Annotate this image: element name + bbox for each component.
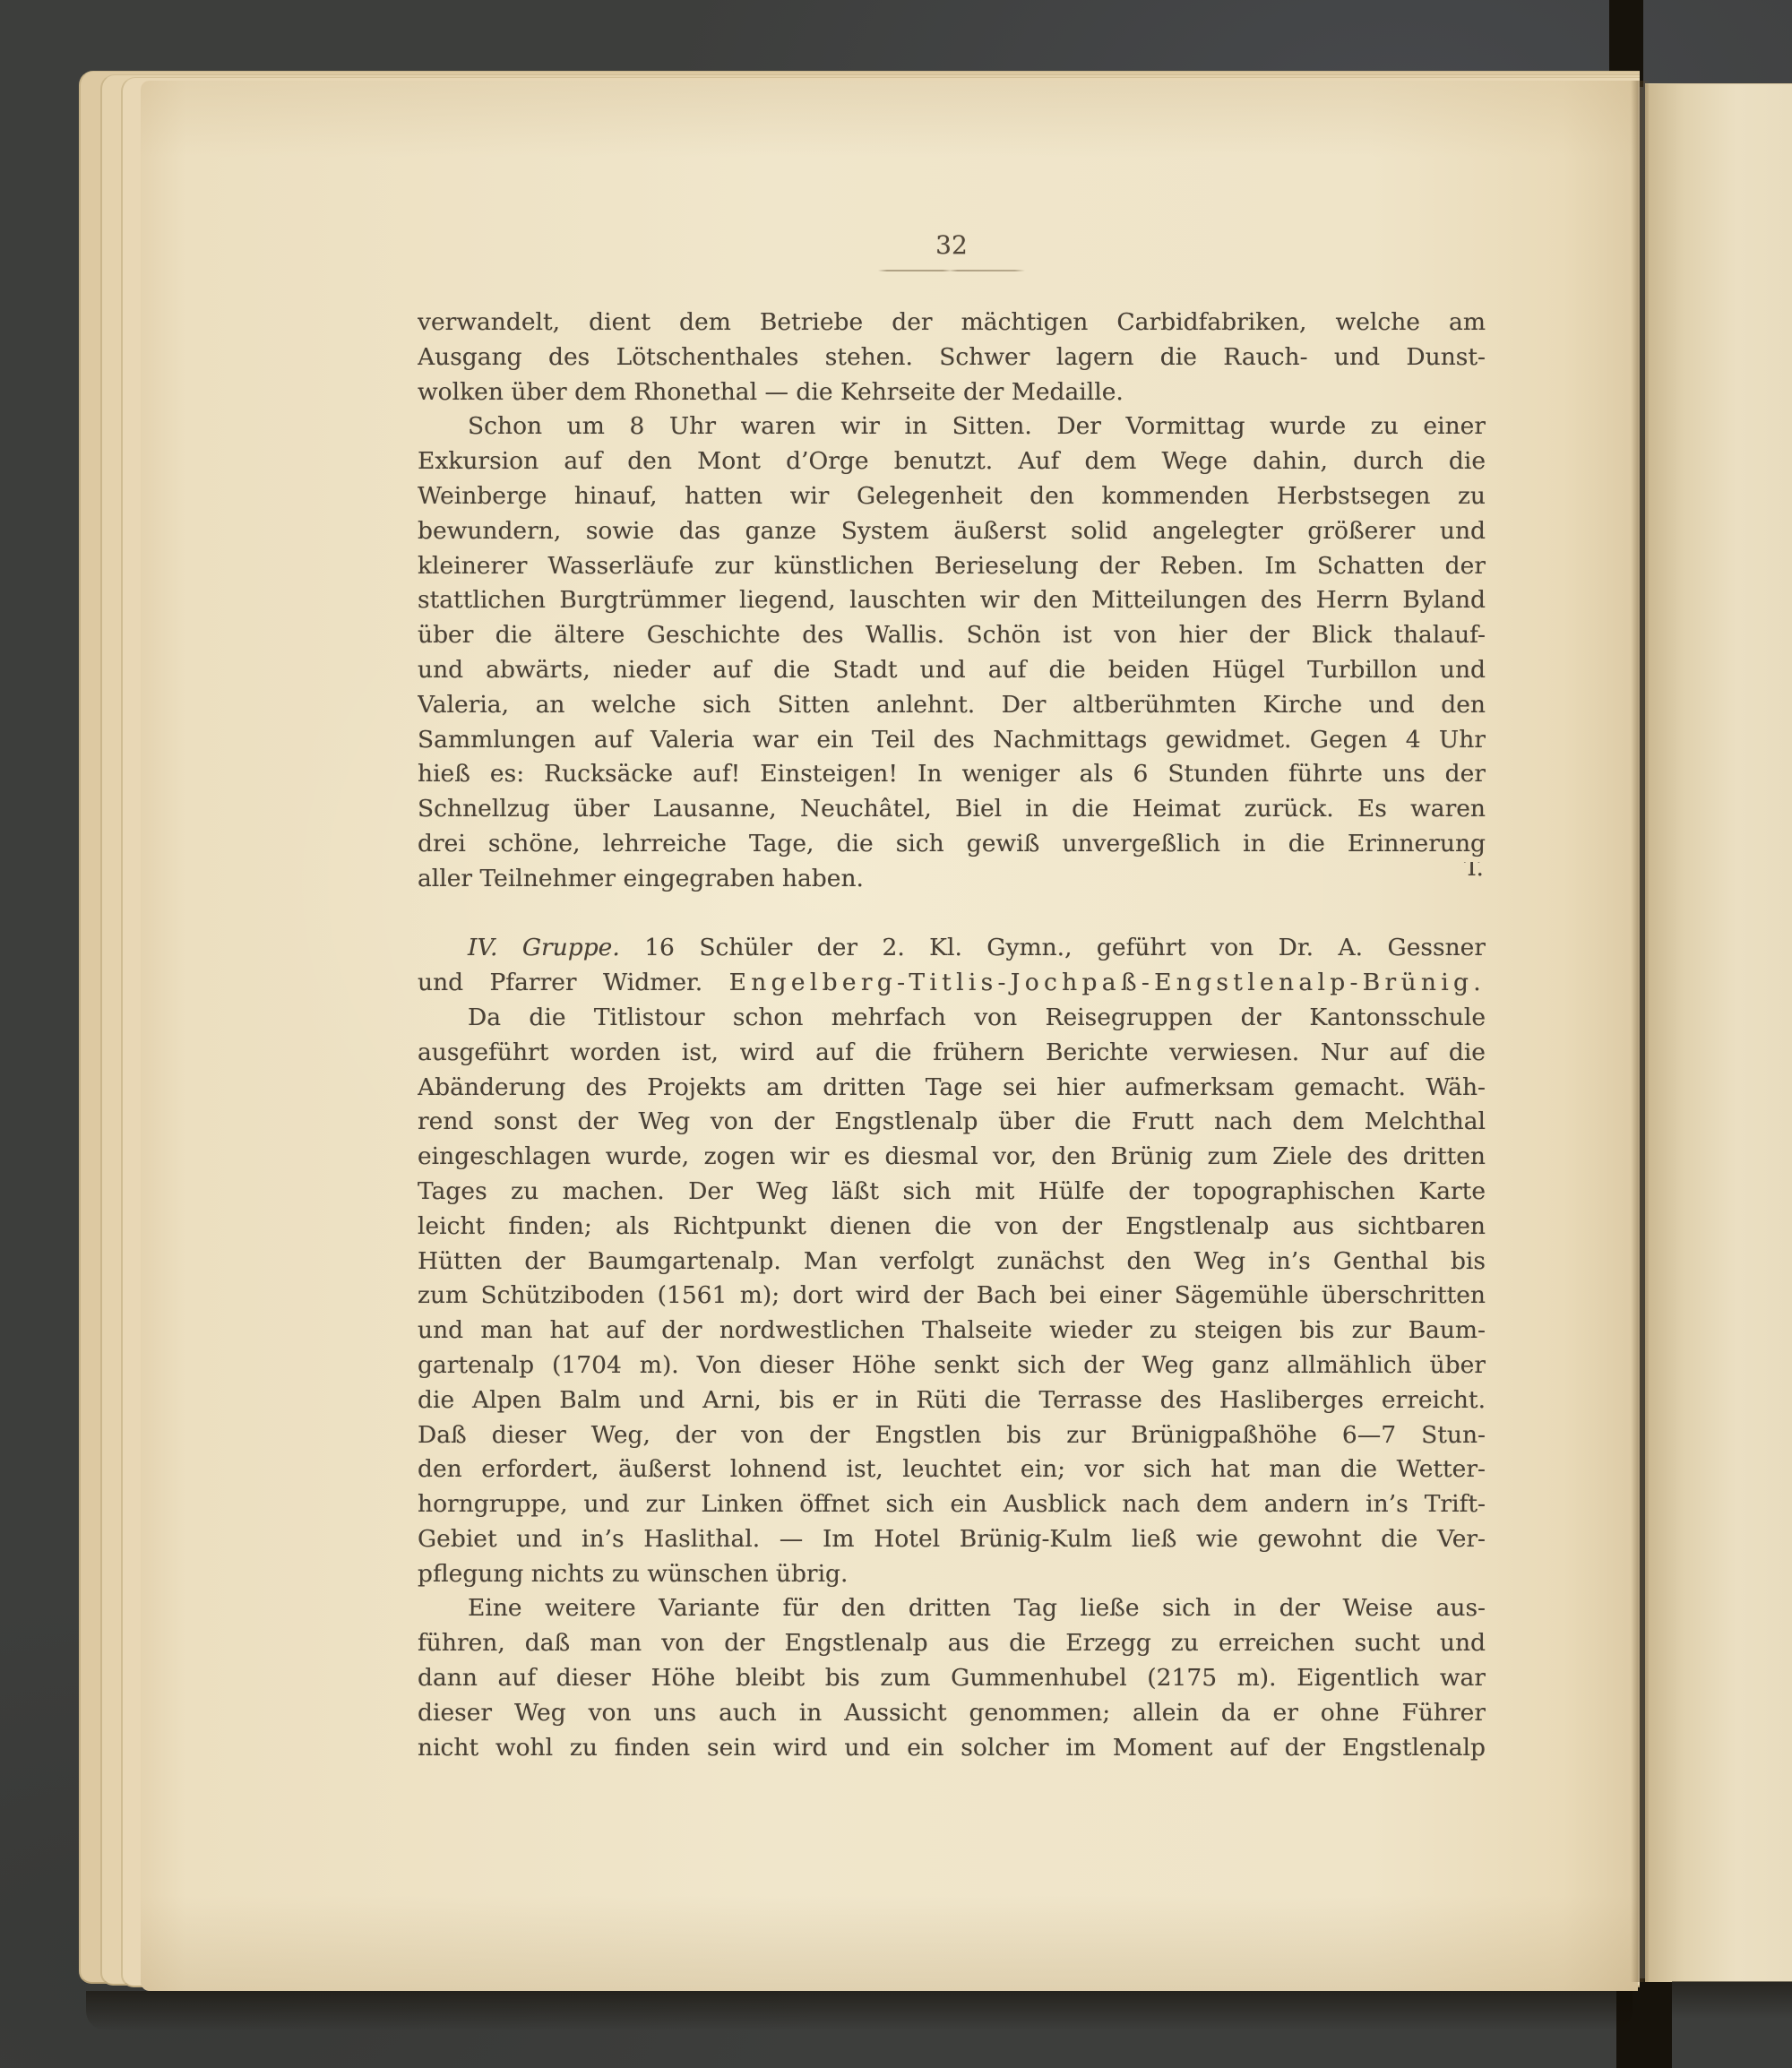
text-line: aller Teilnehmer eingegraben haben.T. [418,862,1486,897]
text-line: verwandelt, dient dem Betriebe der mächt… [418,306,1486,340]
text-line-content: und Pfarrer Widmer. [418,969,729,996]
text-line: zum Schütziboden (1561 m); dort wird der… [418,1279,1486,1314]
text-line: führen, daß man von der Engstlenalp aus … [418,1626,1486,1661]
text-line: den erfordert, äußerst lohnend ist, leuc… [418,1452,1486,1487]
text-line: stattlichen Burgtrümmer liegend, lauscht… [418,583,1486,618]
text-line: horngruppe, und zur Linken öffnet sich e… [418,1487,1486,1522]
text-line: ausgeführt worden ist, wird auf die früh… [418,1036,1486,1071]
text-line: Tages zu machen. Der Weg läßt sich mit H… [418,1175,1486,1210]
text-line: Schnellzug über Lausanne, Neuchâtel, Bie… [418,792,1486,827]
text-line: hieß es: Rucksäcke auf! Einsteigen! In w… [418,757,1486,792]
binding-gap-bottom [1616,1978,1672,2068]
text-line: Exkursion auf den Mont d’Orge benutzt. A… [418,444,1486,479]
text-line: Ausgang des Lötschenthales stehen. Schwe… [418,340,1486,375]
text-line: drei schöne, lehrreiche Tage, die sich g… [418,827,1486,862]
author-initial: T. [1464,862,1484,886]
text-line: Sammlungen auf Valeria war ein Teil des … [418,723,1486,758]
text-line: Valeria, an welche sich Sitten anlehnt. … [418,688,1486,723]
text-line: Gebiet und in’s Haslithal. — Im Hotel Br… [418,1522,1486,1557]
paragraph-variante: Eine weitere Variante für den dritten Ta… [418,1591,1486,1765]
text-line: Eine weitere Variante für den dritten Ta… [418,1591,1486,1626]
text-line: Abänderung des Projekts am dritten Tage … [418,1071,1486,1106]
text-line: Da die Titlistour schon mehrfach von Rei… [418,1001,1486,1036]
text-line: eingeschlagen wurde, zogen wir es diesma… [418,1140,1486,1175]
book-scan: 32 verwandelt, dient dem Betriebe der mä… [0,0,1792,2068]
paragraph-titlistour: Da die Titlistour schon mehrfach von Rei… [418,1001,1486,1592]
page-number: 32 [898,230,1005,261]
text-line: IV. Gruppe. 16 Schüler der 2. Kl. Gymn.,… [418,931,1486,966]
paragraph-gruppe-heading: IV. Gruppe. 16 Schüler der 2. Kl. Gymn.,… [418,931,1486,1001]
facing-page-edge [1645,83,1792,1982]
text-line-content: aller Teilnehmer eingegraben haben. [418,865,864,892]
text-line: Weinberge hinauf, hatten wir Gelegenheit… [418,479,1486,514]
text-line: und Pfarrer Widmer. Engelberg-Titlis-Joc… [418,966,1486,1001]
paragraph-carbide: verwandelt, dient dem Betriebe der mächt… [418,306,1486,409]
text-line: dann auf dieser Höhe bleibt bis zum Gumm… [418,1661,1486,1696]
text-line: und abwärts, nieder auf die Stadt und au… [418,653,1486,688]
text-line: kleinerer Wasserläufe zur künstlichen Be… [418,549,1486,584]
text-line: Schon um 8 Uhr waren wir in Sitten. Der … [418,409,1486,444]
text-line: über die ältere Geschichte des Wallis. S… [418,618,1486,653]
text-line: bewundern, sowie das ganze System äußers… [418,514,1486,549]
text-line: die Alpen Balm und Arni, bis er in Rüti … [418,1383,1486,1418]
route-name: Engelberg-Titlis-Jochpaß-Engstlenalp-Brü… [729,969,1486,996]
paragraph-sitten: Schon um 8 Uhr waren wir in Sitten. Der … [418,409,1486,896]
page-number-rule [878,270,1025,271]
text-line: rend sonst der Weg von der Engstlenalp ü… [418,1105,1486,1140]
text-line-content: 16 Schüler der 2. Kl. Gymn., geführt von… [620,934,1486,961]
text-line: dieser Weg von uns auch in Aussicht geno… [418,1696,1486,1731]
text-line: pflegung nichts zu wünschen übrig. [418,1557,1486,1592]
text-line: und man hat auf der nordwestlichen Thals… [418,1314,1486,1349]
text-line: leicht finden; als Richtpunkt dienen die… [418,1210,1486,1245]
text-line: Hütten der Baumgartenalp. Man verfolgt z… [418,1245,1486,1280]
text-line: gartenalp (1704 m). Von dieser Höhe senk… [418,1349,1486,1383]
group-label: IV. Gruppe. [468,934,620,961]
text-line: wolken über dem Rhonethal — die Kehrseit… [418,375,1486,410]
book-gutter-shadow [1631,81,1649,1982]
text-line: Daß dieser Weg, der von der Engstlen bis… [418,1418,1486,1453]
text-line: nicht wohl zu finden sein wird und ein s… [418,1731,1486,1766]
text-block: verwandelt, dient dem Betriebe der mächt… [418,306,1486,1765]
